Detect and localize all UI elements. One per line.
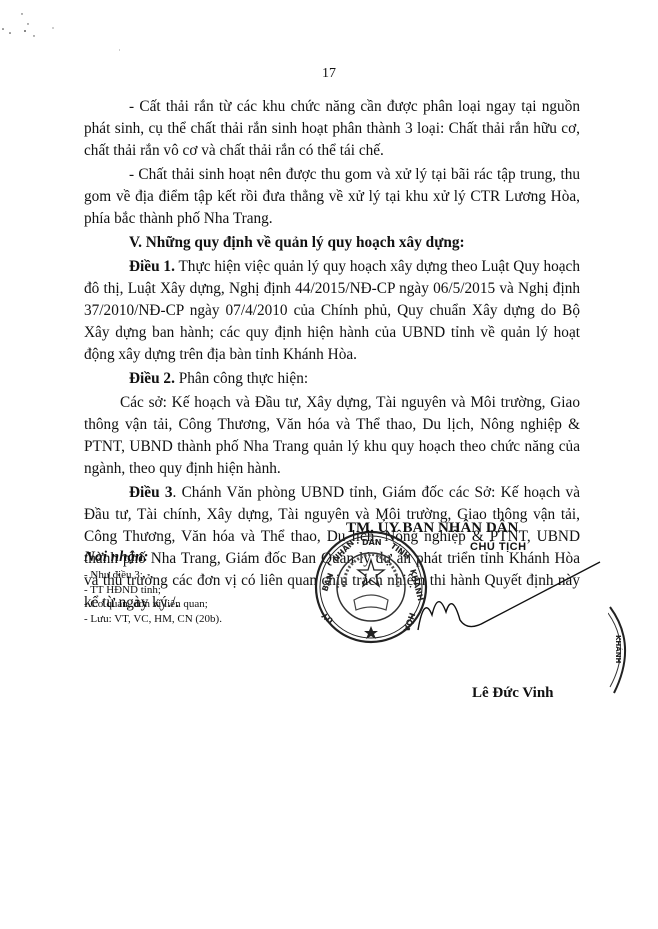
article-2: Điều 2. Phân công thực hiện:	[84, 368, 580, 390]
signature-block: BAN NHÂN DÂN TỈNH KHÁNH HÒA UY TM. ỦY BA…	[300, 520, 658, 720]
document-page: 17 - Cất thải rắn từ các khu chức năng c…	[0, 0, 658, 929]
article-3-label: Điều 3	[129, 484, 173, 501]
recipients-block: Nơi nhận: - Như điều 3; - TT HĐND tỉnh; …	[84, 549, 304, 626]
recipient-item: - TT HĐND tỉnh;	[84, 583, 304, 598]
recipient-item: - Như điều 3;	[84, 568, 304, 583]
article-2-detail: Các sở: Kế hoạch và Đầu tư, Xây dựng, Tà…	[84, 392, 580, 480]
page-number: 17	[0, 66, 658, 82]
recipient-item: - Cơ quan, đơn vị liên quan;	[84, 597, 304, 612]
handwritten-signature-icon	[300, 520, 658, 640]
recipients-title: Nơi nhận:	[84, 549, 304, 566]
section-heading: V. Những quy định về quản lý quy hoạch x…	[84, 232, 580, 254]
scan-specks	[0, 0, 120, 60]
paragraph-waste-collection: - Chất thải sinh hoạt nên được thu gom v…	[84, 164, 580, 230]
article-2-label: Điều 2.	[129, 370, 175, 387]
partial-edge-stamp-icon: KHÁNH	[608, 605, 638, 695]
article-1-label: Điều 1.	[129, 258, 175, 275]
signer-name: Lê Đức Vinh	[472, 685, 554, 702]
recipient-item: - Lưu: VT, VC, HM, CN (20b).	[84, 612, 304, 627]
article-1: Điều 1. Thực hiện việc quản lý quy hoạch…	[84, 256, 580, 366]
recipients-list: - Như điều 3; - TT HĐND tỉnh; - Cơ quan,…	[84, 568, 304, 626]
article-2-text: Phân công thực hiện:	[175, 370, 308, 387]
paragraph-solid-waste-sorting: - Cất thải rắn từ các khu chức năng cần …	[84, 96, 580, 162]
svg-text:KHÁNH: KHÁNH	[614, 635, 623, 664]
